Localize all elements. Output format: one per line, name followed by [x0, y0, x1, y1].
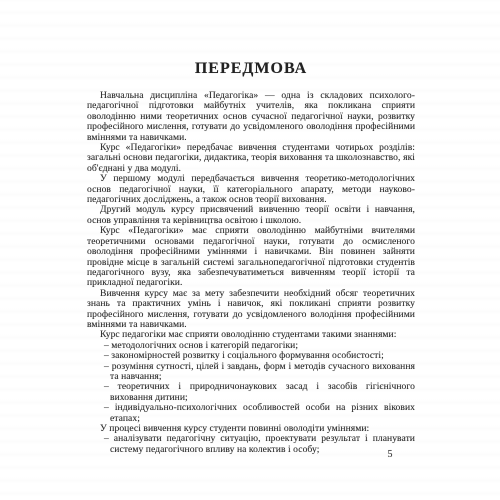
- paragraph: Навчальна дисципліна «Педагогіка» — одна…: [87, 91, 415, 143]
- paragraph: Курс «Педагогіки» має сприяти оволодінню…: [87, 226, 415, 288]
- paragraph: Курс «Педагогіки» передбачає вивчення ст…: [87, 143, 415, 174]
- paragraph: Вивчення курсу має за мету забезпечити н…: [87, 289, 415, 331]
- page-content: ПЕРЕДМОВА Навчальна дисципліна «Педагогі…: [87, 0, 415, 455]
- list-item: – розуміння сутності, цілей і завдань, ф…: [87, 362, 415, 383]
- list-item: – індивідуально-психологічних особливост…: [87, 403, 415, 424]
- page-body: Навчальна дисципліна «Педагогіка» — одна…: [87, 91, 415, 455]
- list-item: – аналізувати педагогічну ситуацію, прое…: [87, 434, 415, 455]
- page-title: ПЕРЕДМОВА: [87, 59, 415, 78]
- scanned-book-page: ПЕРЕДМОВА Навчальна дисципліна «Педагогі…: [0, 0, 500, 500]
- list-item: – теоретичних і природничонаукових засад…: [87, 382, 415, 403]
- paragraph: У першому модулі передбачається вивчення…: [87, 174, 415, 205]
- paragraph: Другий модуль курсу присвячений вивченню…: [87, 205, 415, 226]
- page-number: 5: [382, 449, 398, 460]
- list-item: – закономірностей розвитку і соціального…: [87, 351, 415, 361]
